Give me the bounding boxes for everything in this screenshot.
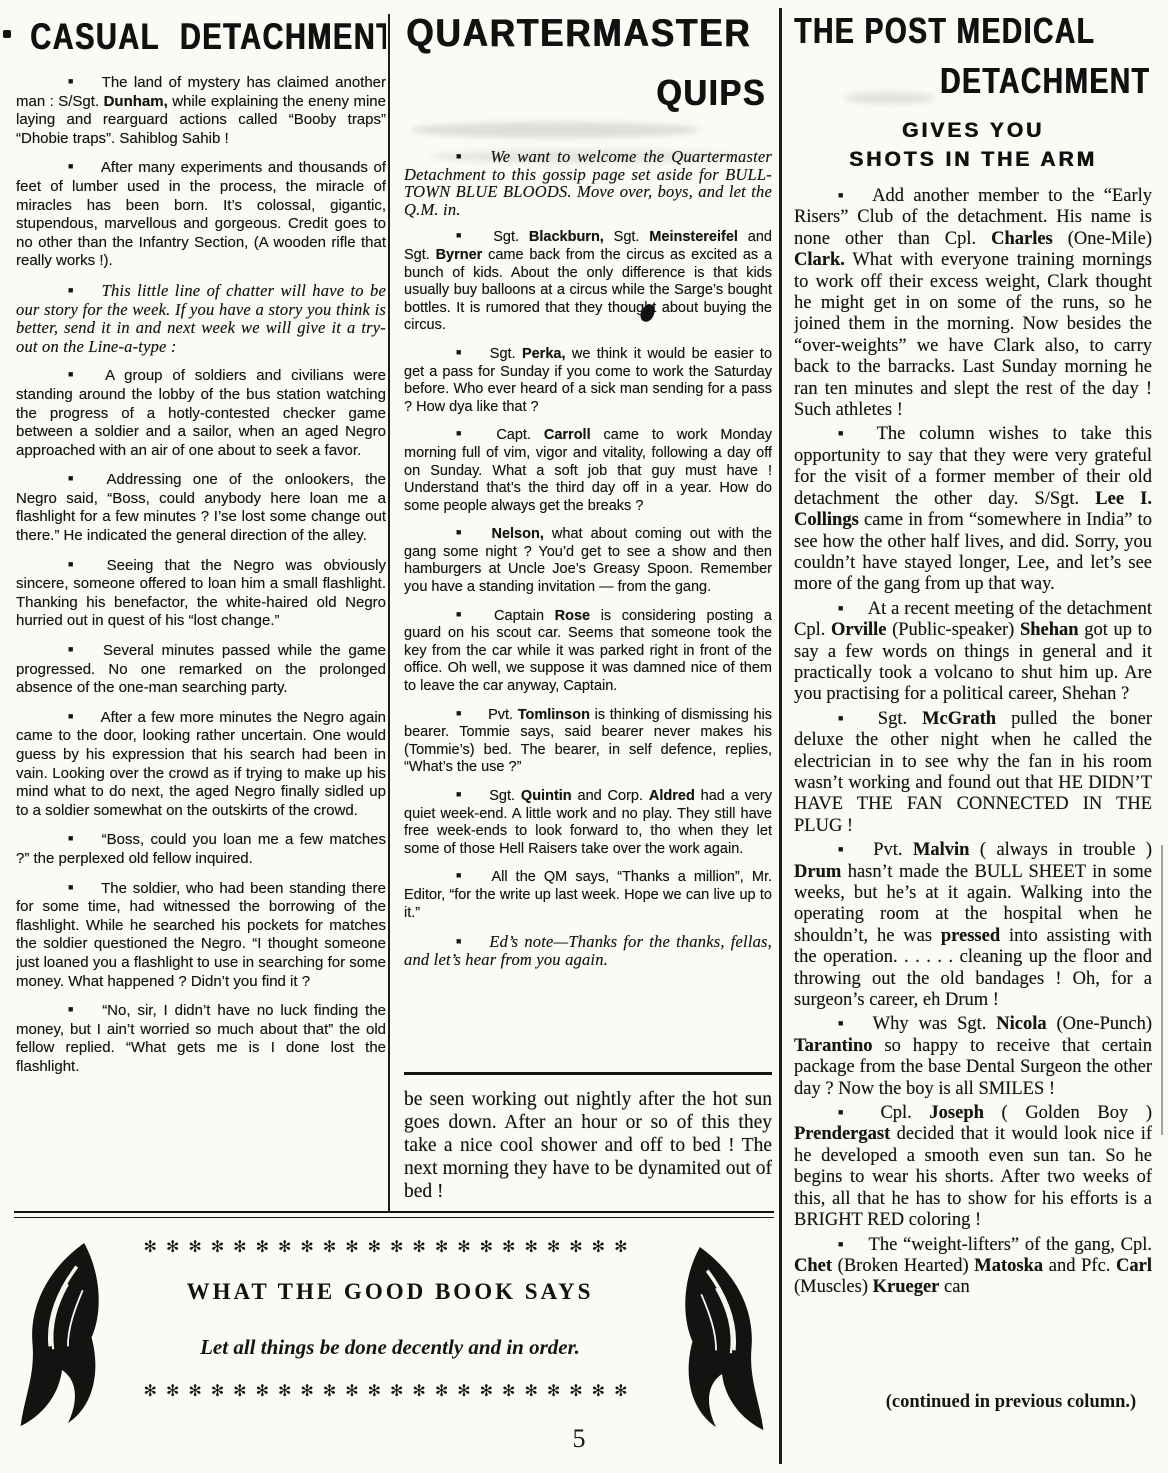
paragraph-marker-icon: ■ bbox=[838, 1239, 845, 1249]
emphasized-name: Dunham, bbox=[104, 93, 168, 110]
paragraph-marker-icon: ■ bbox=[838, 190, 848, 200]
paragraph-marker-icon: ■ bbox=[68, 833, 76, 843]
paragraph-marker-icon: ■ bbox=[838, 428, 853, 438]
paragraph: ■After a few more minutes the Negro agai… bbox=[16, 709, 386, 821]
paragraph: ■After many experiments and thousands of… bbox=[16, 159, 386, 271]
paragraph: be seen working out nightly after the ho… bbox=[404, 1088, 772, 1203]
medical-subtitle-line2: SHOTS IN THE ARM bbox=[794, 145, 1152, 174]
paragraph-marker-icon: ■ bbox=[68, 76, 76, 86]
emphasized-name: pressed bbox=[941, 926, 1000, 946]
emphasized-name: Rose bbox=[555, 608, 590, 624]
casual-detachment-title: CASUAL DETACHMENT bbox=[30, 16, 308, 58]
medical-subtitle: GIVES YOU SHOTS IN THE ARM bbox=[794, 116, 1152, 174]
column-quartermaster-quips: QUARTERMASTER QUIPS ■We want to welcome … bbox=[404, 10, 772, 1068]
casual-detachment-body: ■The land of mystery has claimed another… bbox=[16, 74, 386, 1077]
paragraph: ■Captain Rose is considering posting a g… bbox=[404, 608, 772, 696]
paragraph-marker-icon: ■ bbox=[68, 1004, 76, 1014]
quartermaster-title-line2: QUIPS bbox=[440, 72, 766, 114]
paragraph: ■“Boss, could you loan me a few matches … bbox=[16, 831, 386, 868]
body-text: ( always in trouble ) bbox=[969, 840, 1152, 860]
newspaper-page: CASUAL DETACHMENT ■The land of mystery h… bbox=[0, 0, 1168, 1473]
good-book-verse: Let all things be done decently and in o… bbox=[60, 1335, 720, 1360]
emphasized-name: Byrner bbox=[436, 247, 483, 263]
body-text: (Broken Hearted) bbox=[832, 1256, 974, 1276]
emphasized-name: Orville bbox=[831, 620, 886, 640]
body-text: The “weight-lifters” of the gang, Cpl. bbox=[869, 1235, 1152, 1255]
body-text: (Public-speaker) bbox=[886, 620, 1020, 640]
column-casual-detachment: CASUAL DETACHMENT ■The land of mystery h… bbox=[16, 10, 386, 1208]
emphasized-name: Perka, bbox=[522, 346, 566, 362]
paragraph-marker-icon: ■ bbox=[68, 644, 77, 654]
paragraph-marker-icon: ■ bbox=[838, 1018, 849, 1028]
body-text: The soldier, who had been standing there… bbox=[16, 880, 386, 990]
paragraph: ■“No, sir, I didn’t have no luck finding… bbox=[16, 1002, 386, 1076]
column-divider bbox=[388, 14, 390, 1212]
paragraph: ■The soldier, who had been standing ther… bbox=[16, 880, 386, 992]
stray-ink-dot bbox=[3, 30, 11, 38]
body-text: Sgt. bbox=[604, 229, 649, 245]
body-text: ( Golden Boy ) bbox=[984, 1103, 1152, 1123]
paragraph: ■Several minutes passed while the game p… bbox=[16, 642, 386, 698]
body-text: After a few more minutes the Negro again… bbox=[16, 709, 386, 819]
emphasized-name: Meinstereifel bbox=[649, 229, 738, 245]
paragraph-marker-icon: ■ bbox=[68, 559, 81, 569]
body-text: Sgt. bbox=[489, 788, 521, 804]
paragraph: ■Sgt. Quintin and Corp. Aldred had a ver… bbox=[404, 788, 772, 858]
body-text: Sgt. bbox=[878, 709, 922, 729]
body-text: (One-Punch) bbox=[1047, 1014, 1152, 1034]
paragraph-marker-icon: ■ bbox=[68, 473, 80, 483]
paragraph-marker-icon: ■ bbox=[456, 151, 464, 161]
body-text: Sgt. bbox=[493, 229, 529, 245]
paragraph-marker-icon: ■ bbox=[68, 882, 75, 892]
body-text: be seen working out nightly after the ho… bbox=[404, 1089, 772, 1202]
paragraph-marker-icon: ■ bbox=[838, 1107, 856, 1117]
paragraph: ■Cpl. Joseph ( Golden Boy ) Prendergast … bbox=[794, 1103, 1152, 1231]
medical-subtitle-line1: GIVES YOU bbox=[794, 116, 1152, 145]
emphasized-name: Matoska bbox=[974, 1256, 1043, 1276]
paragraph: ■Capt. Carroll came to work Monday morni… bbox=[404, 427, 772, 515]
body-text: Capt. bbox=[496, 427, 544, 443]
body-text: and Corp. bbox=[572, 788, 649, 804]
emphasized-name: Tarantino bbox=[794, 1036, 872, 1056]
continued-note: (continued in previous column.) bbox=[870, 1392, 1152, 1413]
good-book-heading: WHAT THE GOOD BOOK SAYS bbox=[60, 1279, 720, 1305]
body-text: Pvt. bbox=[488, 707, 518, 723]
paragraph-marker-icon: ■ bbox=[456, 609, 468, 619]
column-post-medical-detachment: THE POST MEDICAL DETACHMENT GIVES YOU SH… bbox=[794, 8, 1152, 1388]
paragraph-marker-icon: ■ bbox=[456, 870, 465, 880]
emphasized-name: Krueger bbox=[873, 1277, 940, 1297]
page-edge-line bbox=[1161, 845, 1163, 1135]
paragraph: ■The “weight-lifters” of the gang, Cpl. … bbox=[794, 1235, 1152, 1299]
paragraph-marker-icon: ■ bbox=[838, 844, 849, 854]
emphasized-name: McGrath bbox=[922, 709, 996, 729]
paragraph: ■Sgt. Perka, we think it would be easier… bbox=[404, 346, 772, 416]
paragraph: ■This little line of chatter will have t… bbox=[16, 282, 386, 356]
double-horizontal-rule bbox=[14, 1211, 774, 1218]
emphasized-name: Nicola bbox=[996, 1014, 1046, 1034]
emphasized-name: Charles bbox=[991, 229, 1053, 249]
emphasized-name: Prendergast bbox=[794, 1124, 890, 1144]
asterisk-border-top: ✻✻✻✻✻✻✻✻✻✻✻✻✻✻✻✻✻✻✻✻✻✻ bbox=[60, 1237, 720, 1257]
page-number: 5 bbox=[557, 1424, 601, 1454]
paragraph: ■The column wishes to take this opportun… bbox=[794, 424, 1152, 595]
paragraph-marker-icon: ■ bbox=[456, 708, 462, 718]
paragraph: ■Nelson, what about coming out with the … bbox=[404, 526, 772, 596]
paragraph: ■Pvt. Tomlinson is thinking of dismissin… bbox=[404, 707, 772, 777]
body-text: Cpl. bbox=[880, 1103, 929, 1123]
paragraph-marker-icon: ■ bbox=[456, 428, 470, 438]
emphasized-name: Drum bbox=[794, 862, 841, 882]
paragraph-marker-icon: ■ bbox=[68, 369, 79, 379]
body-text: Why was Sgt. bbox=[873, 1014, 997, 1034]
paragraph-marker-icon: ■ bbox=[68, 285, 76, 295]
body-text: (One-Mile) bbox=[1053, 229, 1152, 249]
paragraph: ■Seeing that the Negro was obviously sin… bbox=[16, 557, 386, 631]
horizontal-rule bbox=[404, 1072, 772, 1075]
emphasized-name: Clark. bbox=[794, 250, 845, 270]
body-text: After many experiments and thousands of … bbox=[16, 159, 386, 269]
story-continuation: be seen working out nightly after the ho… bbox=[404, 1088, 772, 1203]
quartermaster-title-line1: QUARTERMASTER bbox=[406, 12, 735, 56]
paragraph: ■The land of mystery has claimed another… bbox=[16, 74, 386, 148]
quartermaster-body: ■We want to welcome the Quartermaster De… bbox=[404, 148, 772, 968]
emphasized-name: Carroll bbox=[544, 427, 591, 443]
emphasized-name: Malvin bbox=[913, 840, 970, 860]
body-text: A group of soldiers and civilians were s… bbox=[16, 367, 386, 458]
paragraph-marker-icon: ■ bbox=[456, 527, 465, 537]
paragraph: ■Add another member to the “Early Risers… bbox=[794, 186, 1152, 421]
paragraph-marker-icon: ■ bbox=[456, 789, 463, 799]
body-text: What with everyone training mornings to … bbox=[794, 250, 1152, 420]
paragraph: ■Sgt. McGrath pulled the boner deluxe th… bbox=[794, 709, 1152, 837]
emphasized-name: Shehan bbox=[1020, 620, 1079, 640]
body-text: Sgt. bbox=[490, 346, 522, 362]
emphasized-name: Joseph bbox=[929, 1103, 984, 1123]
emphasized-name: Quintin bbox=[521, 788, 572, 804]
emphasized-name: Carl bbox=[1116, 1256, 1152, 1276]
paragraph-marker-icon: ■ bbox=[68, 711, 75, 721]
column-divider bbox=[779, 8, 782, 1464]
paragraph: ■Why was Sgt. Nicola (One-Punch) Taranti… bbox=[794, 1014, 1152, 1100]
paragraph-marker-icon: ■ bbox=[456, 230, 467, 240]
emphasized-name: Nelson, bbox=[491, 526, 543, 542]
paragraph: ■Sgt. Blackburn, Sgt. Meinstereifel and … bbox=[404, 229, 772, 335]
paragraph: ■All the QM says, “Thanks a million”, Mr… bbox=[404, 869, 772, 922]
paragraph-marker-icon: ■ bbox=[838, 603, 844, 613]
medical-title-line2: DETACHMENT bbox=[872, 60, 1150, 102]
paragraph-marker-icon: ■ bbox=[456, 347, 464, 357]
paragraph: ■Addressing one of the onlookers, the Ne… bbox=[16, 471, 386, 545]
emphasized-name: Tomlinson bbox=[518, 707, 590, 723]
paragraph: ■A group of soldiers and civilians were … bbox=[16, 367, 386, 460]
body-text: Pvt. bbox=[873, 840, 913, 860]
body-text: and Pfc. bbox=[1043, 1256, 1116, 1276]
emphasized-name: Blackburn, bbox=[529, 229, 604, 245]
paragraph: ■Ed’s note—Thanks for the thanks, fellas… bbox=[404, 933, 772, 968]
paragraph: ■Pvt. Malvin ( always in trouble ) Drum … bbox=[794, 840, 1152, 1011]
body-text: can bbox=[939, 1277, 969, 1297]
body-text: (Muscles) bbox=[794, 1277, 873, 1297]
paragraph-marker-icon: ■ bbox=[68, 161, 75, 171]
medical-title-line1: THE POST MEDICAL bbox=[794, 10, 1073, 52]
emphasized-name: Chet bbox=[794, 1256, 832, 1276]
paragraph-marker-icon: ■ bbox=[838, 713, 854, 723]
emphasized-name: Aldred bbox=[649, 788, 695, 804]
paragraph: ■At a recent meeting of the detachment C… bbox=[794, 599, 1152, 706]
asterisk-border-bottom: ✻✻✻✻✻✻✻✻✻✻✻✻✻✻✻✻✻✻✻✻✻✻ bbox=[60, 1381, 720, 1401]
paragraph-marker-icon: ■ bbox=[456, 936, 463, 946]
medical-body: ■Add another member to the “Early Risers… bbox=[794, 186, 1152, 1299]
paragraph: ■We want to welcome the Quartermaster De… bbox=[404, 148, 772, 218]
body-text: Captain bbox=[494, 608, 555, 624]
